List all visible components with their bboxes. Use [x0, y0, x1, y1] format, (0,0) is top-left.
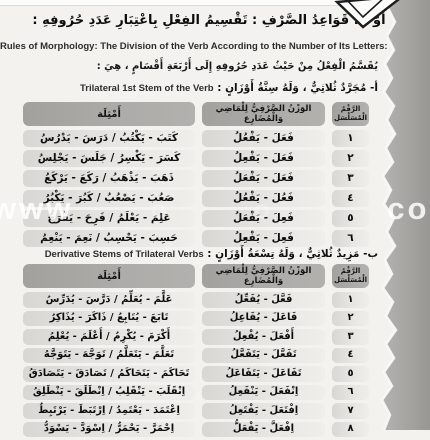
pattern-cell: فَعَلَ - يَفْعِلُ	[202, 150, 325, 167]
table-row: ٣ فَعَلَ - يَفْعَلُ ذَهَبَ - يَذْهَبُ / …	[23, 170, 369, 187]
examples-cell: تَعَلَّمَ - يَتَعَلَّمُ / تَوَجَّهَ - يَ…	[23, 348, 195, 364]
examples-cell: كَتَبَ - يَكْتُبُ / دَرَسَ - يَدْرُسُ	[23, 130, 195, 147]
table-row: ٤ فَعُلَ - يَفْعُلُ صَعُبَ - يَصْعُبُ / …	[23, 190, 369, 207]
pattern-cell: اِفْتَعَلَ - يَفْتَعِلُ	[202, 403, 325, 419]
examples-cell: أَكْرَمَ - يُكْرِمُ / أَعْلَمَ - يُعْلِم…	[23, 329, 195, 345]
section-a-label-english: Trilateral 1st Stem of the Verb	[80, 83, 214, 94]
section-a-label-arabic: أ- مُجَرَّدٌ ثُلاثِيٌّ ، وَلَهُ سِتَّةُ …	[217, 82, 378, 94]
examples-cell: اِحْمَرَّ - يَحْمَرُّ / اِسْوَدَّ - يَسْ…	[23, 422, 195, 431]
pattern-cell: فَعِلَ - يَفْعِلُ	[202, 230, 325, 247]
table-row: ٢ فَاعَلَ - يُفَاعِلُ تَابَعَ - يُتَابِع…	[23, 311, 369, 327]
table-trilateral-stems: الرَّقْمُ الْمُسَلْسَل الوَزْنُ الصَّرْف…	[23, 102, 369, 250]
examples-cell: عَلِمَ - يَعْلَمُ / فَرِحَ - يَفْرَحُ	[23, 210, 195, 227]
pattern-cell: فَعُلَ - يَفْعُلُ	[202, 190, 325, 207]
examples-cell: حَسِبَ - يَحْسِبُ / نَعِمَ - يَنْعِمُ	[23, 230, 195, 247]
serial-number-header: الرَّقْمُ الْمُسَلْسَل	[332, 102, 369, 126]
table-row: ١ فَعَّلَ - يُفَعِّلُ عَلَّمَ - يُعَلِّم…	[23, 292, 369, 308]
table-body: ١ فَعَّلَ - يُفَعِّلُ عَلَّمَ - يُعَلِّم…	[23, 292, 369, 430]
table-header-row: الرَّقْمُ الْمُسَلْسَل الوَزْنُ الصَّرْف…	[23, 264, 369, 288]
table-row: ٥ فَعِلَ - يَفْعَلُ عَلِمَ - يَعْلَمُ / …	[23, 210, 369, 227]
page-title-english: Rules of Morphology: The Division of the…	[0, 41, 358, 52]
table-row: ١ فَعَلَ - يَفْعُلُ كَتَبَ - يَكْتُبُ / …	[23, 130, 369, 147]
examples-header: أَمْثِلَة	[23, 264, 195, 288]
pattern-header: الوَزْنُ الصَّرْفِيُّ لِلْمَاضِي وَالْمُ…	[202, 102, 325, 126]
serial-cell: ٦	[332, 230, 369, 247]
examples-cell: كَسَرَ - يَكْسِرُ / جَلَسَ - يَجْلِسُ	[23, 150, 195, 167]
serial-cell: ١	[332, 292, 369, 308]
pattern-cell: فَعَلَ - يَفْعُلُ	[202, 130, 325, 147]
section-b-label-english: Derivative Stems of Trilateral Verbs	[45, 249, 204, 260]
table-row: ٢ فَعَلَ - يَفْعِلُ كَسَرَ - يَكْسِرُ / …	[23, 150, 369, 167]
pattern-cell: اِنْفَعَلَ - يَنْفَعِلُ	[202, 385, 325, 401]
pattern-cell: تَفَعَّلَ - يَتَفَعَّلُ	[202, 348, 325, 364]
table-header-row: الرَّقْمُ الْمُسَلْسَل الوَزْنُ الصَّرْف…	[23, 102, 369, 126]
serial-number-header: الرَّقْمُ الْمُسَلْسَل	[332, 264, 369, 288]
serial-cell: ٥	[332, 210, 369, 227]
serial-cell: ١	[332, 130, 369, 147]
examples-cell: اِنْقَلَبَ - يَنْقَلِبُ / اِنْطَلَقَ - ي…	[23, 385, 195, 401]
pattern-cell: فَعَلَ - يَفْعَلُ	[202, 170, 325, 187]
table-body: ١ فَعَلَ - يَفْعُلُ كَتَبَ - يَكْتُبُ / …	[23, 130, 369, 247]
table-row: ٤ تَفَعَّلَ - يَتَفَعَّلُ تَعَلَّمَ - يَ…	[23, 348, 369, 364]
examples-cell: تَابَعَ - يُتَابِعُ / ذَاكَرَ - يُذَاكِر…	[23, 311, 195, 327]
table-row: ٦ اِنْفَعَلَ - يَنْفَعِلُ اِنْقَلَبَ - ي…	[23, 385, 369, 401]
pattern-header: الوَزْنُ الصَّرْفِيُّ لِلْمَاضِي وَالْمُ…	[202, 264, 325, 288]
examples-cell: صَعُبَ - يَصْعُبُ / كَبُرَ - يَكْبُرُ	[23, 190, 195, 207]
serial-cell: ٧	[332, 403, 369, 419]
pattern-cell: فَعَّلَ - يُفَعِّلُ	[202, 292, 325, 308]
pattern-cell: فَاعَلَ - يُفَاعِلُ	[202, 311, 325, 327]
serial-cell: ٢	[332, 150, 369, 167]
torn-paper-edge	[374, 0, 430, 430]
intro-text: يُقَسَّمُ الْفِعْلُ مِنْ حَيْثُ عَدَدِ ح…	[97, 61, 378, 72]
examples-cell: اِعْتَمَدَ - يَعْتَمِدُ / اِرْتَبَطَ - ي…	[23, 403, 195, 419]
examples-cell: ذَهَبَ - يَذْهَبُ / رَكَعَ - يَرْكَعُ	[23, 170, 195, 187]
section-b-heading: ب- مَزِيدٌ ثُلاثِيٌّ ، وَلَهُ تِسْعَةُ أ…	[45, 248, 378, 260]
table-row: ٨ اِفْعَلَّ - يَفْعَلُّ اِحْمَرَّ - يَحْ…	[23, 422, 369, 431]
examples-cell: عَلَّمَ - يُعَلِّمُ / دَرَّسَ - يُدَرِّس…	[23, 292, 195, 308]
serial-cell: ٢	[332, 311, 369, 327]
serial-cell: ٨	[332, 422, 369, 431]
pattern-cell: اِفْعَلَّ - يَفْعَلُّ	[202, 422, 325, 431]
table-row: ٣ أَفْعَلَ - يُفْعِلُ أَكْرَمَ - يُكْرِم…	[23, 329, 369, 345]
examples-header: أَمْثِلَة	[23, 102, 195, 126]
table-row: ٧ اِفْتَعَلَ - يَفْتَعِلُ اِعْتَمَدَ - ي…	[23, 403, 369, 419]
table-row: ٥ تَفَاعَلَ - يَتَفَاعَلُ تَحَاكَمَ - يَ…	[23, 366, 369, 382]
serial-cell: ٣	[332, 170, 369, 187]
pattern-cell: فَعِلَ - يَفْعَلُ	[202, 210, 325, 227]
scanned-book-page: أَوَّلاً : قَوَاعِدُ الصَّرْفِ : تَقْسِي…	[0, 0, 430, 430]
section-a-heading: أ- مُجَرَّدٌ ثُلاثِيٌّ ، وَلَهُ سِتَّةُ …	[80, 82, 378, 94]
pattern-cell: تَفَاعَلَ - يَتَفَاعَلُ	[202, 366, 325, 382]
serial-cell: ٥	[332, 366, 369, 382]
examples-cell: تَحَاكَمَ - يَتَحَاكَمُ / تَصَادَقَ - يَ…	[23, 366, 195, 382]
page-corner-fold-icon	[333, 0, 405, 32]
section-b-label-arabic: ب- مَزِيدٌ ثُلاثِيٌّ ، وَلَهُ تِسْعَةُ أ…	[207, 248, 378, 260]
table-derivative-stems: الرَّقْمُ الْمُسَلْسَل الوَزْنُ الصَّرْف…	[23, 264, 369, 430]
serial-cell: ٦	[332, 385, 369, 401]
serial-cell: ٣	[332, 329, 369, 345]
serial-cell: ٤	[332, 348, 369, 364]
pattern-cell: أَفْعَلَ - يُفْعِلُ	[202, 329, 325, 345]
serial-cell: ٤	[332, 190, 369, 207]
table-row: ٦ فَعِلَ - يَفْعِلُ حَسِبَ - يَحْسِبُ / …	[23, 230, 369, 247]
